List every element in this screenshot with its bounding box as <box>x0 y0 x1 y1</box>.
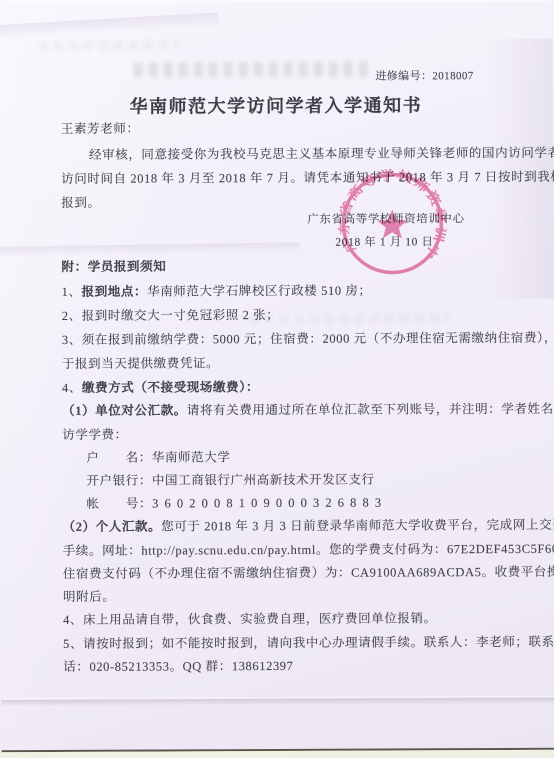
report-line: 报到。 <box>61 193 100 211</box>
svg-text:广东省高等学校师资培训中心: 广东省高等学校师资培训中心 <box>332 163 449 263</box>
document-title: 华南师范大学访问学者入学通知书 <box>0 91 553 119</box>
item-4-bedding: 4、床上用品请自带，伙食费、实验费自理，医疗费回单位报销。 <box>63 608 437 628</box>
document-sheet: 进修编号：2018007 华南师范大学访问学者入学通知书 王素芳老师： 经审核，… <box>0 0 554 758</box>
scan-bottom-edge <box>2 748 554 752</box>
item-3-fees-cont: 于报到当天提供缴费凭证。 <box>62 353 219 372</box>
fold-crease <box>1 696 554 706</box>
item-1-report-location: 1、报到地点：华南师范大学石牌校区行政楼 510 房； <box>62 281 372 300</box>
paper-crease <box>0 242 299 256</box>
salutation-line: 王素芳老师： <box>61 119 140 137</box>
scan-bottom-strip <box>2 750 554 758</box>
payment-personal-line: （2）个人汇款。您可于 2018 年 3 月 3 日前登录华南师范大学收费平台，… <box>63 515 554 535</box>
dorm-code-line: 住宿费支付码（不办理住宿不需缴纳住宿费）为：CA9100AA689ACDA5。收… <box>63 562 554 582</box>
item-2-photos: 2、报到时缴交大一寸免冠彩照 2 张； <box>62 305 280 324</box>
seal-text: 广东省高等学校师资培训中心 <box>332 163 449 263</box>
bank-name-line: 开户银行：中国工商银行广州高新技术开发区支行 <box>86 470 374 489</box>
intro-line: 经审核，同意接受你为我校马克思主义基本原理专业导师关锋老师的国内访问学者。 <box>89 143 554 163</box>
payment-url-line: 手续。网址：http://pay.scnu.edu.cn/pay.html。您的… <box>63 539 554 559</box>
serial-number-text: 进修编号：2018007 <box>375 70 473 82</box>
account-number-line: 帐 号：3 6 0 2 0 0 8 1 0 9 0 0 0 3 2 6 8 8 … <box>86 493 382 512</box>
account-name-line: 户 名：华南师范大学 <box>86 447 230 466</box>
bleedthrough-artifact <box>39 40 179 50</box>
item-5-contact: 5、请按时报到；如不能按时报到，请向我中心办理请假手续。联系人：李老师；联系电 <box>63 632 554 652</box>
item-4-payment-method: 4、缴费方式（不接受现场缴费）： <box>62 377 259 396</box>
paper-crease <box>0 13 219 39</box>
item-3-fees: 3、须在报到前缴纳学费：5000 元；住宿费：2000 元（不办理住宿无需缴纳住… <box>62 328 554 348</box>
scan-top-edge <box>0 0 552 5</box>
scanned-document-page: 进修编号：2018007 华南师范大学访问学者入学通知书 王素芳老师： 经审核，… <box>0 0 554 758</box>
official-seal: 广东省高等学校师资培训中心 <box>332 163 453 284</box>
visit-period-line: 访问时间自 2018 年 3 月至 2018 年 7 月。请凭本通知书于 201… <box>61 167 554 187</box>
payment-unit-transfer-line: （1）单位对公汇款。请将有关费用通过所在单位汇款至下列账号，并注明：学者姓名+ <box>62 399 554 419</box>
item-5-contact-cont: 话：020-85213353。QQ 群：138612397 <box>63 656 293 675</box>
payment-unit-transfer-cont: 访学学费： <box>62 425 128 443</box>
attachment-heading: 附：学员报到须知 <box>61 256 166 274</box>
serial-number: 进修编号：2018007 <box>0 67 474 85</box>
seal-star-icon <box>377 209 408 238</box>
dorm-code-cont-line: 明附后。 <box>63 587 115 605</box>
